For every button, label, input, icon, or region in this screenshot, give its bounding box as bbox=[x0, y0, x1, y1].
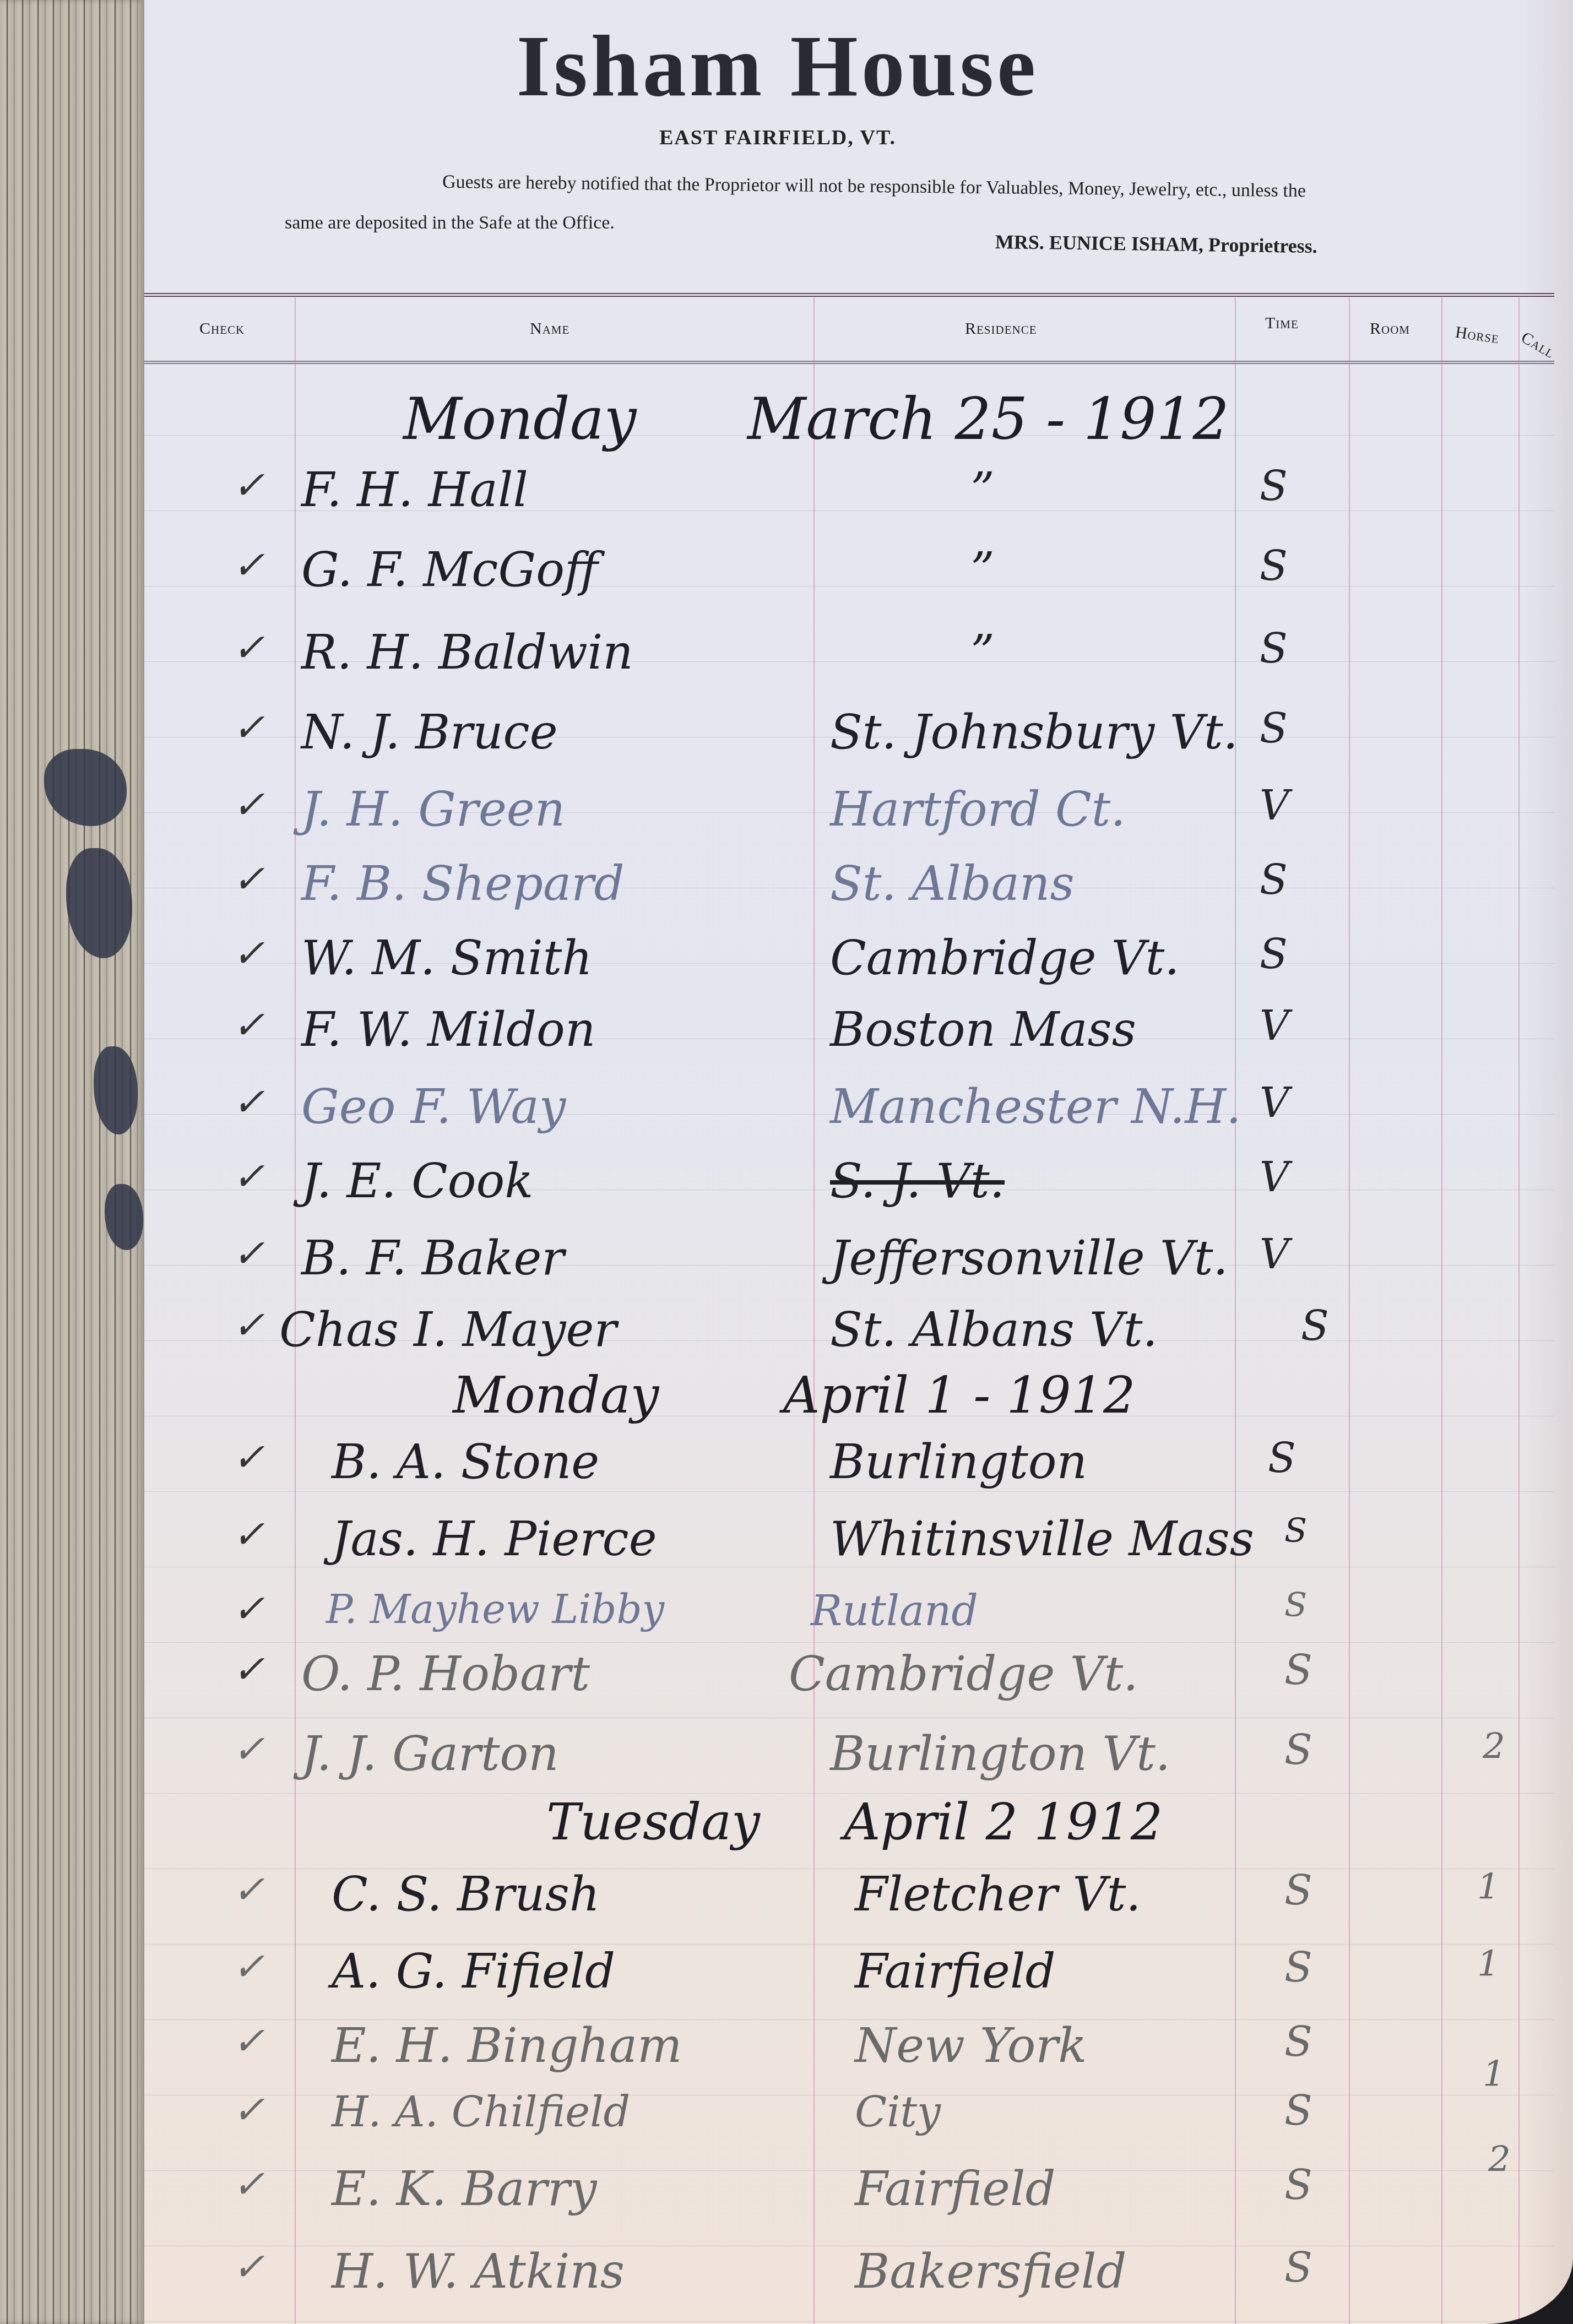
guest-time: S bbox=[1284, 1726, 1312, 1774]
guest-name: G. F. McGoff bbox=[301, 542, 598, 598]
hotel-location: EAST FAIRFIELD, VT. bbox=[144, 126, 1411, 150]
guest-time: V bbox=[1260, 1231, 1289, 1278]
guest-name: J. E. Cook bbox=[301, 1154, 533, 1209]
guest-residence: Bakersfield bbox=[855, 2244, 1127, 2299]
guest-name: W. M. Smith bbox=[301, 931, 593, 986]
guest-residence: St. Johnsbury Vt. bbox=[830, 705, 1238, 760]
guest-name: F. W. Mildon bbox=[301, 1002, 595, 1057]
col-header-name: Name bbox=[530, 319, 569, 338]
guest-time: S bbox=[1284, 2087, 1312, 2135]
horse-count: 1 bbox=[1483, 2054, 1505, 2095]
guest-name: Geo F. Way bbox=[301, 1079, 566, 1134]
check-mark-icon: ✓ bbox=[232, 1512, 265, 1557]
guest-time: V bbox=[1260, 782, 1289, 829]
register-row: ✓ Jas. H. Pierce Whitinsville Mass S bbox=[144, 1512, 1554, 1594]
check-mark-icon: ✓ bbox=[232, 705, 265, 750]
guest-name: B. A. Stone bbox=[332, 1435, 599, 1490]
guest-name: N. J. Bruce bbox=[301, 705, 558, 760]
guest-residence: Cambridge Vt. bbox=[830, 931, 1180, 986]
register-row: 3-27 ✓ J. H. Green Hartford Ct. V bbox=[144, 782, 1554, 865]
register-row: ✓ B. F. Baker Jeffersonville Vt. V bbox=[144, 1231, 1554, 1313]
guest-residence: Manchester N.H. bbox=[830, 1079, 1241, 1134]
check-mark-icon: ✓ bbox=[232, 542, 265, 588]
col-header-residence: Residence bbox=[965, 319, 1037, 338]
check-mark-icon: ✓ bbox=[232, 1726, 265, 1772]
guest-residence: Boston Mass bbox=[830, 1002, 1136, 1057]
guest-name: F. B. Shepard bbox=[301, 856, 625, 911]
date-heading-date: April 1 - 1912 bbox=[783, 1366, 1136, 1425]
register-row: ✓ W. M. Smith Cambridge Vt. S bbox=[144, 931, 1554, 1013]
check-mark-icon: ✓ bbox=[232, 2162, 265, 2207]
guest-name: E. K. Barry bbox=[332, 2162, 597, 2217]
check-mark-icon: ✓ bbox=[232, 1435, 265, 1480]
guest-name: C. S. Brush bbox=[332, 1867, 600, 1922]
guest-name: H. W. Atkins bbox=[332, 2244, 625, 2299]
guest-time: S bbox=[1268, 1435, 1296, 1482]
guest-time: S bbox=[1260, 542, 1288, 590]
register-row: ✓ N. J. Bruce St. Johnsbury Vt. S bbox=[144, 705, 1554, 788]
guest-name: J. J. Garton bbox=[301, 1726, 559, 1782]
guest-time: S bbox=[1260, 856, 1288, 904]
date-heading-day: Monday bbox=[403, 385, 636, 453]
guest-residence: Cambridge Vt. bbox=[789, 1647, 1138, 1702]
guest-name: R. H. Baldwin bbox=[301, 625, 633, 680]
guest-name: E. H. Bingham bbox=[332, 2018, 682, 2073]
horse-count: 1 bbox=[1477, 1944, 1500, 1985]
guest-residence: S. J. Vt. bbox=[830, 1154, 1005, 1209]
register-row: ✓ E. K. Barry Fairfield S 2 bbox=[144, 2162, 1554, 2244]
notice-line-1: Guests are hereby notified that the Prop… bbox=[227, 170, 1521, 204]
register-row: ✓ A. G. Fifield Fairfield S 1 bbox=[144, 1944, 1554, 2027]
check-mark-icon: ✓ bbox=[232, 2018, 265, 2064]
register-row: ✓ F. W. Mildon Boston Mass V bbox=[144, 1002, 1554, 1085]
check-mark-icon: ✓ bbox=[232, 1002, 265, 1047]
guest-time: S bbox=[1284, 1586, 1307, 1625]
guest-name: B. F. Baker bbox=[301, 1231, 564, 1286]
guest-residence: Jeffersonville Vt. bbox=[830, 1231, 1228, 1286]
guest-name: Jas. H. Pierce bbox=[332, 1512, 657, 1567]
proprietress: MRS. EUNICE ISHAM, Proprietress. bbox=[995, 230, 1317, 258]
guest-residence: Fairfield bbox=[855, 1944, 1056, 1999]
guest-time: V bbox=[1260, 1079, 1289, 1127]
ink-stain bbox=[44, 749, 127, 826]
guest-time: S bbox=[1284, 2162, 1312, 2209]
check-mark-icon: ✓ bbox=[232, 1231, 265, 1276]
date-heading-date: April 2 1912 bbox=[844, 1793, 1163, 1851]
check-mark-icon: ✓ bbox=[232, 1647, 265, 1692]
register-row: ✓ C. S. Brush Fletcher Vt. S 1 bbox=[144, 1867, 1554, 1950]
guest-residence: ” bbox=[970, 542, 995, 598]
guest-residence: Fletcher Vt. bbox=[855, 1867, 1141, 1922]
check-mark-icon: ✓ bbox=[232, 1079, 265, 1125]
date-heading-day: Monday bbox=[453, 1366, 659, 1425]
ink-stain bbox=[66, 848, 132, 958]
col-header-horse: Horse bbox=[1454, 323, 1500, 348]
guest-residence: St. Albans Vt. bbox=[830, 1302, 1158, 1358]
register-row: ✓ J. E. Cook S. J. Vt. V bbox=[144, 1154, 1554, 1236]
book-fore-edge bbox=[0, 0, 144, 2324]
check-mark-icon: ✓ bbox=[232, 625, 265, 670]
guest-time: S bbox=[1284, 2018, 1312, 2066]
col-header-time: Time bbox=[1265, 314, 1299, 333]
guest-name: O. P. Hobart bbox=[301, 1647, 590, 1702]
ink-stain bbox=[94, 1046, 138, 1134]
guest-time: S bbox=[1260, 931, 1288, 978]
col-header-room: Room bbox=[1370, 319, 1410, 338]
guest-time: S bbox=[1301, 1302, 1329, 1350]
register-row: ✓ R. H. Baldwin ” S bbox=[144, 625, 1554, 708]
check-mark-icon: ✓ bbox=[232, 463, 265, 508]
check-mark-icon: ✓ bbox=[232, 1944, 265, 1989]
register-row: ✓ H. A. Chilfield City S 1 bbox=[144, 2087, 1554, 2170]
ink-stain bbox=[105, 1184, 143, 1250]
check-mark-icon: ✓ bbox=[232, 2087, 265, 2132]
guest-name: P. Mayhew Libby bbox=[326, 1586, 664, 1632]
check-mark-icon: ✓ bbox=[232, 1867, 265, 1912]
guest-residence: Whitinsville Mass bbox=[830, 1512, 1254, 1567]
col-header-check: Check bbox=[199, 319, 245, 338]
check-mark-icon: ✓ bbox=[232, 1154, 265, 1199]
guest-time: S bbox=[1260, 463, 1288, 510]
horse-count: 1 bbox=[1477, 1867, 1500, 1908]
hotel-title: Isham House bbox=[144, 17, 1411, 117]
guest-time: S bbox=[1284, 2244, 1312, 2292]
guest-time: S bbox=[1260, 625, 1288, 672]
guest-residence: Fairfield bbox=[855, 2162, 1056, 2217]
check-mark-icon: ✓ bbox=[232, 2244, 265, 2289]
register-row: ✓ H. W. Atkins Bakersfield S bbox=[144, 2244, 1554, 2324]
guest-time: V bbox=[1260, 1154, 1289, 1201]
date-heading: Monday March 25 - 1912 bbox=[144, 385, 1554, 468]
register-row: ✓ F. H. Hall ” S bbox=[144, 463, 1554, 545]
date-heading: Tuesday April 2 1912 bbox=[144, 1793, 1554, 1875]
date-heading-date: March 25 - 1912 bbox=[747, 385, 1229, 453]
check-mark-icon: ✓ bbox=[232, 1586, 265, 1631]
guest-residence: Burlington bbox=[830, 1435, 1087, 1490]
guest-name: F. H. Hall bbox=[301, 463, 528, 518]
guest-name: A. G. Fifield bbox=[332, 1944, 615, 1999]
date-heading-day: Tuesday bbox=[546, 1793, 760, 1851]
horse-count: 2 bbox=[1483, 1726, 1505, 1767]
guest-time: S bbox=[1284, 1867, 1312, 1914]
header-rule-top bbox=[144, 293, 1554, 297]
guest-residence: St. Albans bbox=[830, 856, 1075, 911]
guest-residence: ” bbox=[970, 463, 995, 518]
register-row: ✓ G. F. McGoff ” S bbox=[144, 542, 1554, 625]
check-mark-icon: ✓ bbox=[232, 931, 265, 976]
guest-residence: New York bbox=[855, 2018, 1087, 2073]
guest-name: Chas I. Mayer bbox=[279, 1302, 617, 1358]
notice-line-2: same are deposited in the Safe at the Of… bbox=[285, 213, 615, 234]
check-mark-icon: ✓ bbox=[232, 782, 265, 827]
guest-time: V bbox=[1260, 1002, 1289, 1050]
guest-time: S bbox=[1284, 1647, 1312, 1694]
guest-residence: City bbox=[855, 2087, 941, 2136]
horse-count: 2 bbox=[1488, 2140, 1511, 2180]
register-row: ✓ B. A. Stone Burlington S bbox=[144, 1435, 1554, 1517]
guest-residence: ” bbox=[970, 625, 995, 680]
register-row: ✓ F. B. Shepard St. Albans S bbox=[144, 856, 1554, 939]
guest-name: H. A. Chilfield bbox=[332, 2087, 630, 2136]
guest-time: S bbox=[1284, 1512, 1307, 1550]
header-rule-bottom bbox=[144, 361, 1554, 364]
guest-name: J. H. Green bbox=[301, 782, 565, 837]
guest-time: S bbox=[1284, 1944, 1312, 1991]
register-row: ✓ O. P. Hobart Cambridge Vt. S bbox=[144, 1647, 1554, 1729]
check-mark-icon: ✓ bbox=[232, 856, 265, 902]
register-row: ✓ Geo F. Way Manchester N.H. V bbox=[144, 1079, 1554, 1162]
check-mark-icon: ✓ bbox=[232, 1302, 265, 1348]
guest-time: S bbox=[1260, 705, 1288, 752]
guest-residence: Burlington Vt. bbox=[830, 1726, 1170, 1782]
guest-residence: Hartford Ct. bbox=[830, 782, 1126, 837]
register-page: Isham House EAST FAIRFIELD, VT. Guests a… bbox=[144, 0, 1573, 2324]
guest-residence: Rutland bbox=[811, 1586, 978, 1635]
